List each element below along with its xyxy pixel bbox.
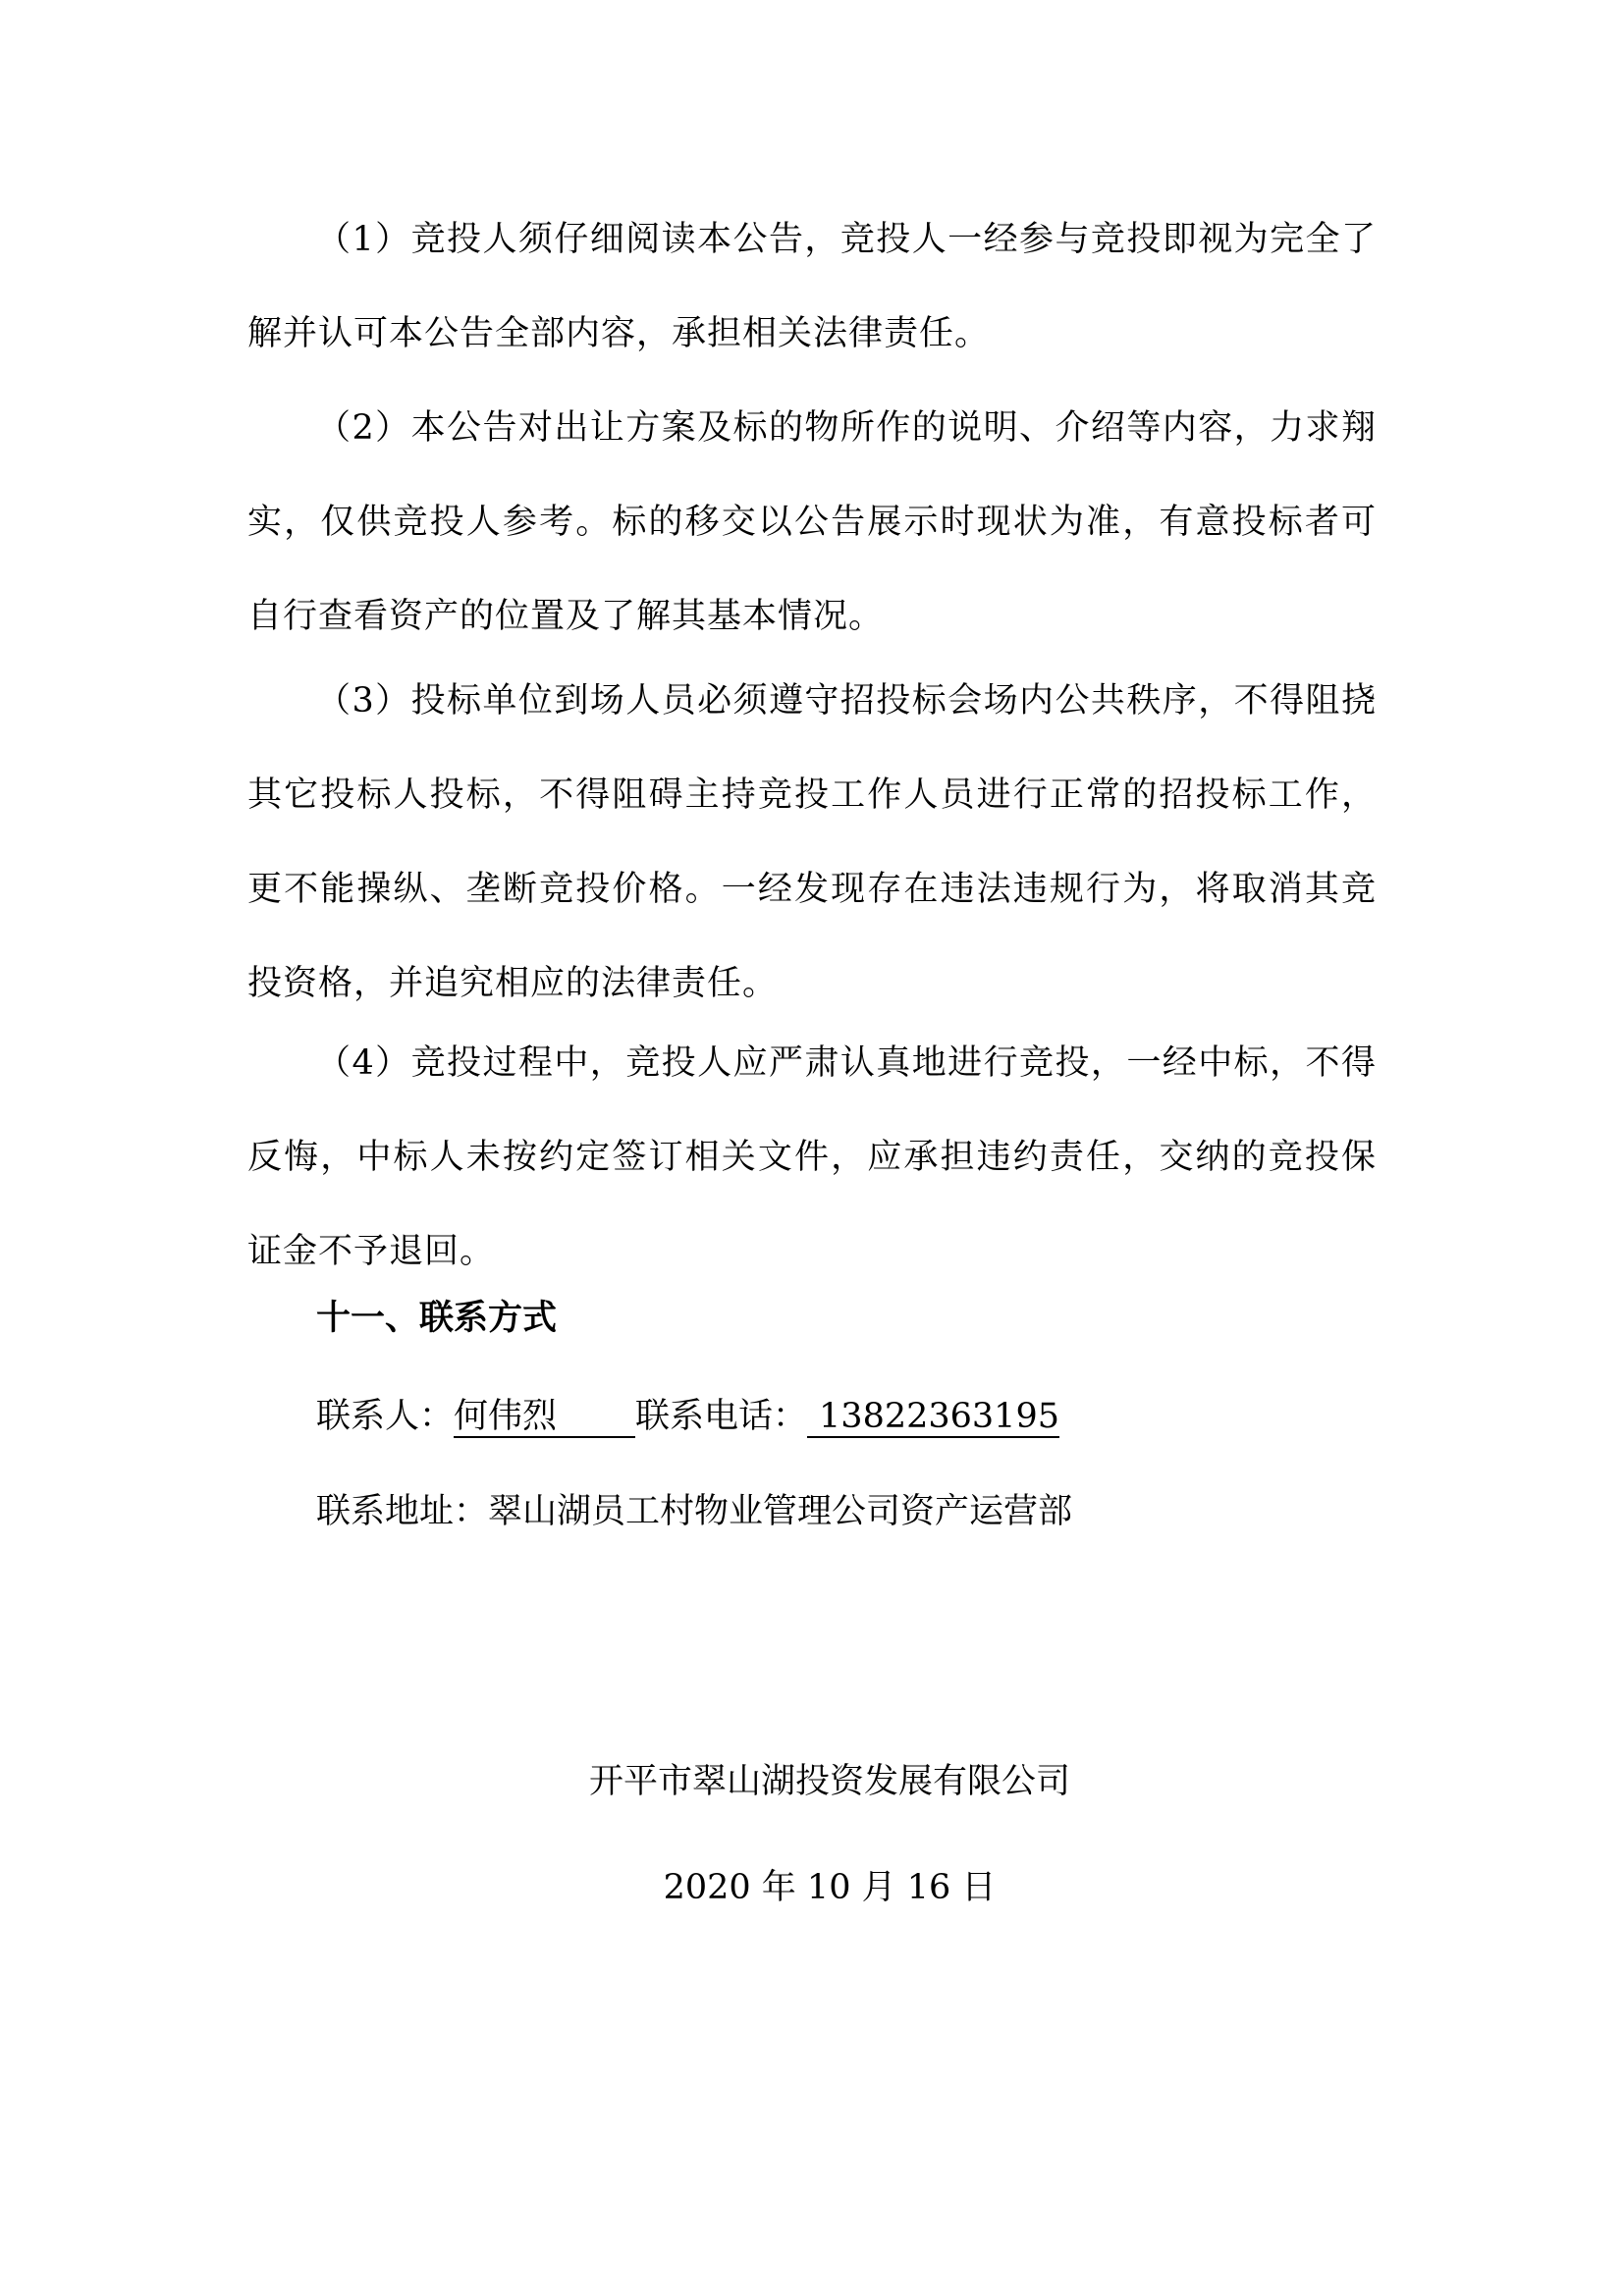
contact-address-line: 联系地址：翠山湖员工村物业管理公司资产运营部 xyxy=(316,1487,1072,1536)
contact-address-label: 联系地址： xyxy=(316,1492,488,1531)
clause-3: （3）投标单位到场人员必须遵守招投标会场内公共秩序，不得阻挠其它投标人投标，不得… xyxy=(247,654,1377,1031)
section-heading-contact: 十一、联系方式 xyxy=(316,1294,557,1343)
document-page: （1）竞投人须仔细阅读本公告，竞投人一经参与竞投即视为完全了解并认可本公告全部内… xyxy=(0,0,1624,2296)
clause-4: （4）竞投过程中，竞投人应严肃认真地进行竞投，一经中标，不得反悔，中标人未按约定… xyxy=(247,1016,1377,1299)
contact-address-value: 翠山湖员工村物业管理公司资产运营部 xyxy=(488,1492,1072,1531)
contact-phone-value: 13822363195 xyxy=(807,1397,1059,1438)
contact-person-phone-line: 联系人：何伟烈联系电话：13822363195 xyxy=(316,1392,1059,1441)
signature-company: 开平市翠山湖投资发展有限公司 xyxy=(0,1757,1624,1806)
clause-2: （2）本公告对出让方案及标的物所作的说明、介绍等内容，力求翔实，仅供竞投人参考。… xyxy=(247,381,1377,664)
contact-person-label: 联系人： xyxy=(316,1397,454,1436)
contact-person-value: 何伟烈 xyxy=(454,1397,635,1438)
signature-date: 2020 年 10 月 16 日 xyxy=(0,1863,1624,1912)
clause-1: （1）竞投人须仔细阅读本公告，竞投人一经参与竞投即视为完全了解并认可本公告全部内… xyxy=(247,192,1377,381)
contact-phone-label: 联系电话： xyxy=(635,1397,807,1436)
